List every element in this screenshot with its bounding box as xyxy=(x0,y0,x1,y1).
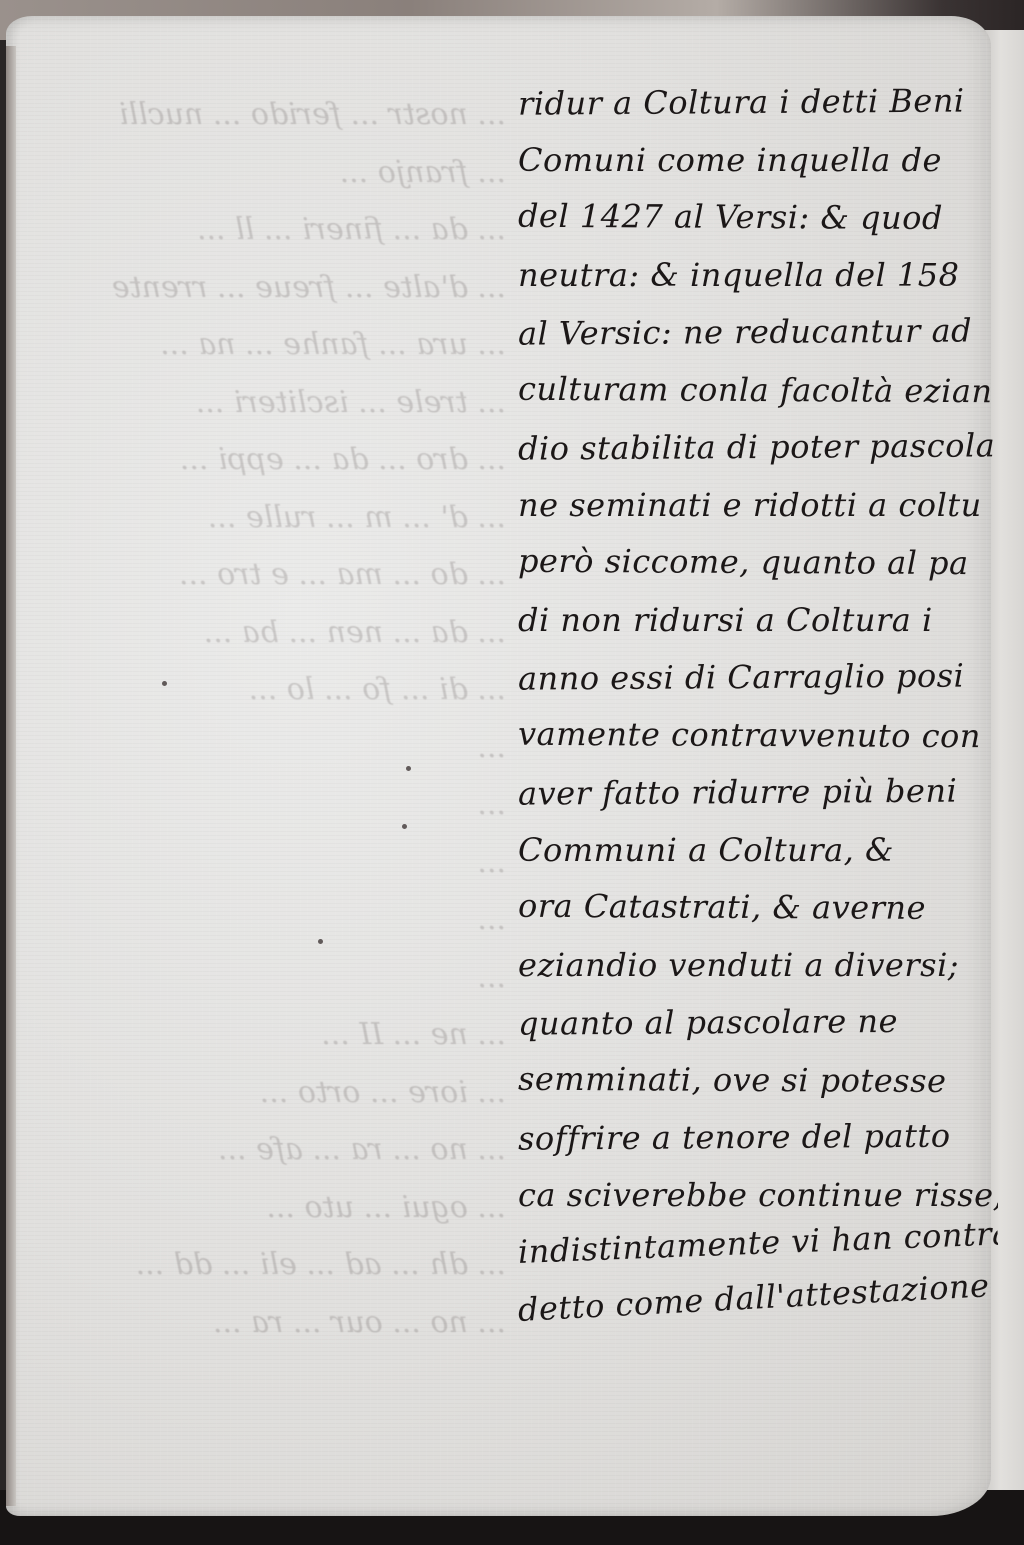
ink-spot xyxy=(162,681,167,686)
bleed-line: ... no ... our ... ra ... xyxy=(66,1294,506,1352)
manuscript-line: ora Catastrati, & averne xyxy=(518,878,998,938)
manuscript-line: culturam conla facoltà ezian xyxy=(518,360,998,420)
bleed-line: ... do ... ma ... e tro ... xyxy=(66,546,506,604)
bleed-line: ... dro ... da ... eppi ... xyxy=(66,431,506,489)
bleed-line: ... d'alte ... freue ... rrente xyxy=(66,259,506,317)
bleed-line: ... di ... fo ... lo ... xyxy=(66,661,506,719)
bleed-line: ... nostr ... ferido ... nuclli xyxy=(66,86,506,144)
ink-spot xyxy=(318,939,323,944)
bleed-line: ... xyxy=(66,949,506,1007)
manuscript-line: al Versic: ne reducantur ad xyxy=(518,302,998,363)
bleed-line: ... xyxy=(66,834,506,892)
manuscript-line: ne seminati e ridotti a coltu xyxy=(518,477,998,535)
manuscript-line: quanto al pascolare ne xyxy=(518,992,998,1053)
manuscript-line: Communi a Coltura, & xyxy=(518,822,998,880)
manuscript-line: neutra: & inquella del 158 xyxy=(518,247,998,305)
manuscript-line: semminati, ove si potesse xyxy=(518,1050,998,1110)
bleed-line: ... trele ... iscliteri ... xyxy=(66,374,506,432)
manuscript-line: ridur a Coltura i detti Beni xyxy=(518,72,998,133)
bleed-line: ... ne ... II ... xyxy=(66,1006,506,1064)
bleed-line: ... da ... nen ... ba ... xyxy=(66,604,506,662)
manuscript-line: dio stabilita di poter pascola xyxy=(518,417,998,478)
bleed-through-text: ... nostr ... ferido ... nuclli ... fran… xyxy=(66,86,506,1351)
bleed-line: ... iore ... orto ... xyxy=(66,1064,506,1122)
manuscript-line: aver fatto ridurre più beni xyxy=(518,762,998,823)
bleed-line: ... d' ... m ... rulle ... xyxy=(66,489,506,547)
ink-spot xyxy=(406,766,411,771)
manuscript-line: però siccome, quanto al pa xyxy=(518,533,998,593)
manuscript-line: anno essi di Carraglio posi xyxy=(518,647,998,708)
manuscript-line: di non ridursi a Coltura i xyxy=(518,592,998,650)
manuscript-page: ... nostr ... ferido ... nuclli ... fran… xyxy=(6,16,991,1516)
page-edge xyxy=(6,46,16,1506)
manuscript-line: eziandio venduti a diversi; xyxy=(518,937,998,995)
bleed-line: ... no ... ra ... afe ... xyxy=(66,1121,506,1179)
handwritten-text: ridur a Coltura i detti Beni Comuni come… xyxy=(518,74,998,1339)
ink-spot xyxy=(402,824,407,829)
bleed-line: ... xyxy=(66,719,506,777)
bleed-line: ... ura ... fanhe ... na ... xyxy=(66,316,506,374)
manuscript-line: soffrire a tenore del patto xyxy=(518,1107,998,1168)
bleed-line: ... da ... fineri ... ll ... xyxy=(66,201,506,259)
manuscript-line: vamente contravvenuto con xyxy=(518,705,998,765)
bleed-line: ... xyxy=(66,891,506,949)
bleed-line: ... ogui ... uto ... xyxy=(66,1179,506,1237)
manuscript-line: del 1427 al Versi: & quod xyxy=(518,188,998,248)
manuscript-line: Comuni come inquella de xyxy=(518,132,998,190)
bleed-line: ... franjo ... xyxy=(66,144,506,202)
bleed-line: ... dh ... ad ... eli ... dd ... xyxy=(66,1236,506,1294)
bleed-line: ... xyxy=(66,776,506,834)
